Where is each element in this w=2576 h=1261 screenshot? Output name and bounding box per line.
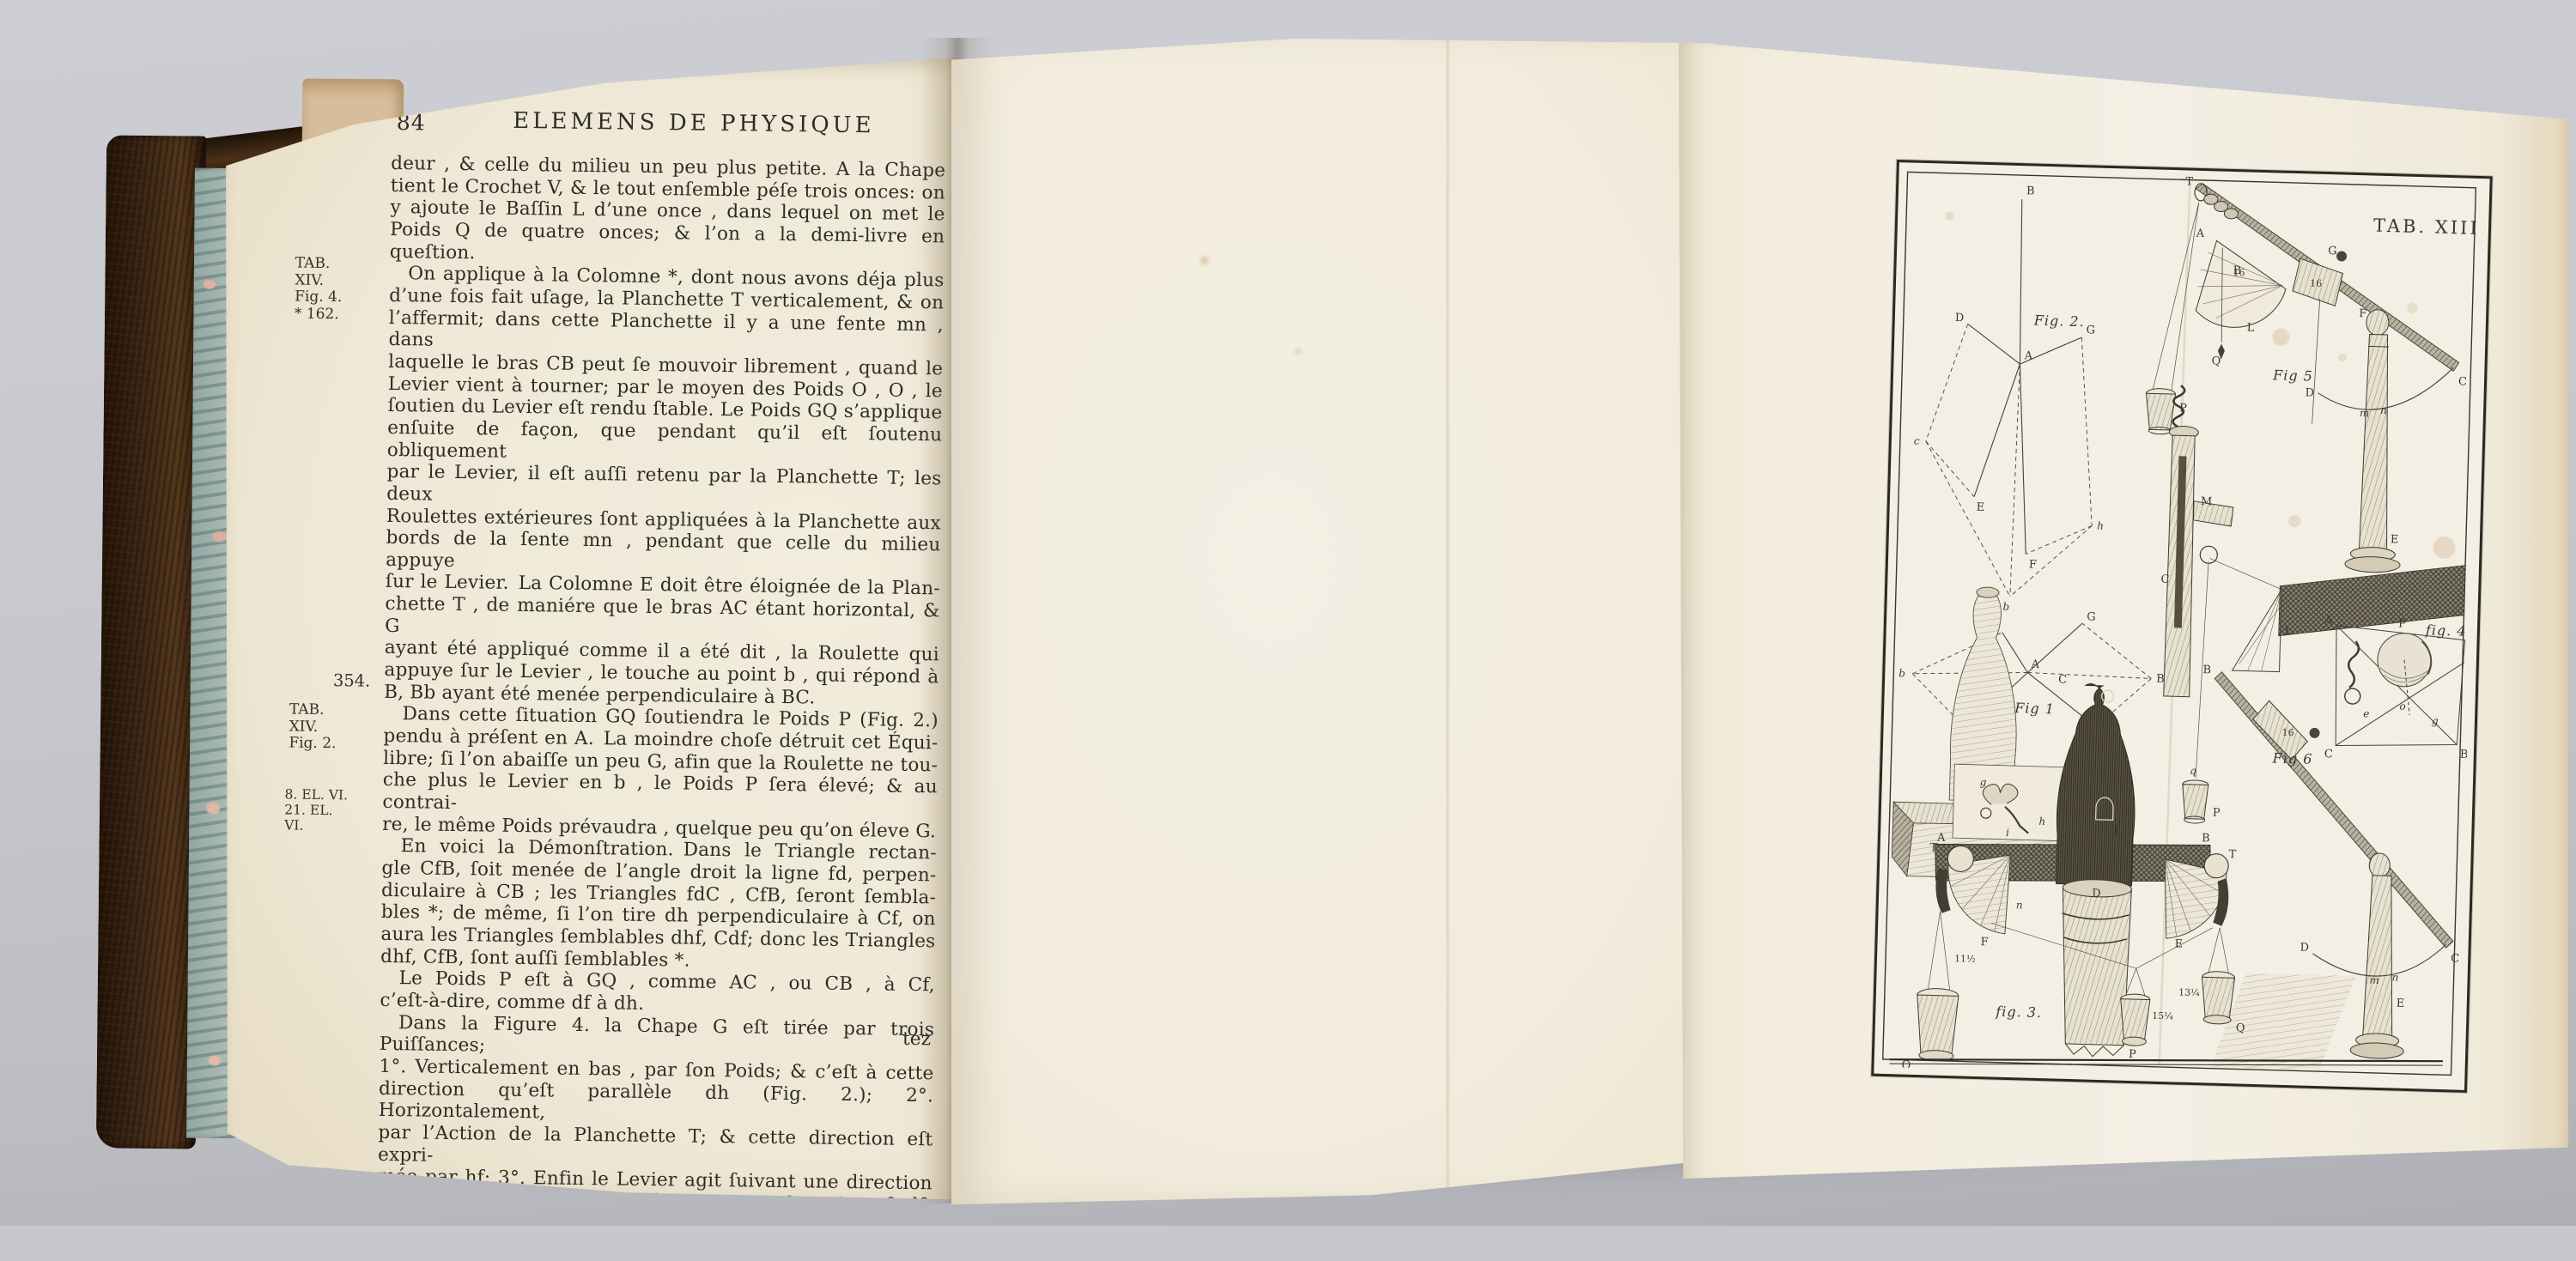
margin-note: 8. EL. VI. 21. EL. VI.	[284, 786, 380, 834]
engraved-plate: TAB. XIII	[1871, 160, 2493, 1093]
plate-foldout-sheet: TAB. XIII	[1679, 31, 2568, 1191]
fig3-point-label: P	[2213, 807, 2221, 820]
margin-note: TAB. XIV. Fig. 4. * 162.	[295, 256, 390, 324]
photo-scene: 84 ELEMENS DE PHYSIQUE TAB. XIV. Fig. 4.…	[0, 0, 2576, 1226]
fig3-point-label: B	[2202, 832, 2210, 845]
text-line: chette T , de maniére que le bras AC éta…	[385, 593, 940, 645]
fig3-point-label: g	[1980, 776, 1987, 788]
fig1-point-label: G	[2087, 610, 2096, 623]
fig3-weight-value: 15¼	[2152, 1010, 2173, 1022]
text-line: par conſequent ces Puiſſances ſont entr’…	[377, 1209, 933, 1226]
left-page: 84 ELEMENS DE PHYSIQUE TAB. XIV. Fig. 4.…	[222, 53, 958, 1202]
catchword: tez	[759, 1027, 931, 1051]
plate-tab-label: TAB. XIII	[2373, 215, 2480, 239]
fig3-point-label: T	[1929, 841, 1937, 854]
fig5-point-label: C	[2458, 375, 2467, 388]
plate-engraving: TAB. XIII	[1875, 164, 2482, 1083]
fig6-label: Fig 6	[2271, 749, 2312, 767]
fig4-point-label: C	[2324, 748, 2333, 761]
fig2-point-label: c	[1914, 435, 1920, 447]
fig3-point-label: M	[2201, 495, 2213, 508]
page-crease	[1445, 29, 1450, 1207]
fig5-point-label: T	[2185, 175, 2193, 188]
text-line: Poids Q de quatre onces; & l’on a la dem…	[390, 219, 945, 270]
fig3-point-label: i	[2006, 827, 2009, 839]
fig2-point-label: b	[2002, 601, 2009, 613]
left-page-text: 84 ELEMENS DE PHYSIQUE TAB. XIV. Fig. 4.…	[207, 51, 958, 1209]
fig4-diagram	[2333, 626, 2465, 749]
fig5-point-label: E	[2391, 533, 2399, 546]
fig4-point-label: B	[2460, 749, 2469, 761]
fig1-point-label: A	[2030, 658, 2039, 671]
fig1-point-label: B	[2156, 673, 2165, 686]
text-line: par l’Action de la Planchette T; & cette…	[378, 1122, 933, 1173]
fig4-point-label: e	[2363, 707, 2369, 719]
fig3-point-label: F	[1980, 936, 1988, 949]
fig5-weight-value: 16	[2310, 277, 2322, 288]
fig3-point-label: C	[2160, 573, 2169, 586]
fig3-point-label: n	[2016, 899, 2023, 911]
fig1-point-label: b	[1899, 667, 1905, 679]
fig2-label: Fig. 2.	[2033, 312, 2085, 330]
text-line: che plus le Levier en b , le Poids P ſer…	[382, 769, 938, 821]
fig6-point-label: D	[2300, 941, 2309, 954]
fig4-label: fig. 4	[2425, 621, 2467, 639]
fig4-point-label: A	[2324, 614, 2333, 627]
fig3-point-label: Q	[2236, 1022, 2245, 1034]
body-text: deur , & celle du milieu un peu plus pet…	[377, 153, 946, 1226]
fig2-point-label: h	[2097, 520, 2104, 532]
fig5-point-label: Q	[2211, 355, 2221, 367]
fig3-point-label: h	[2038, 815, 2045, 828]
text-line: direction qu’eſt parallèle dh (Fig. 2.);…	[379, 1077, 934, 1129]
fig6-point-label: E	[2397, 997, 2405, 1010]
fig6-point-label: n	[2391, 971, 2398, 983]
fig6-point-label: C	[2451, 952, 2459, 965]
foxing-spot	[1200, 257, 1208, 264]
fig5-point-label: G	[2328, 245, 2337, 258]
fig3-weight-value: 13¼	[2178, 987, 2200, 999]
fig2-point-label: A	[2023, 349, 2032, 362]
text-line: par le Levier, il eſt auſſi retenu par l…	[386, 461, 942, 512]
fig4-point-label: P	[2398, 618, 2406, 631]
fig6-point-label: m	[2369, 974, 2379, 986]
fig5-label: Fig 5	[2272, 367, 2313, 384]
fig2-point-label: F	[2029, 558, 2037, 571]
fig3-point-label: T	[2228, 848, 2236, 861]
fig1-diagram	[1911, 619, 2153, 735]
fig3-label: fig. 3.	[1995, 1003, 2042, 1022]
fig5-point-label: F	[2359, 307, 2366, 320]
fig6-point-label: L	[2285, 625, 2293, 638]
fig5-point-label: L	[2246, 321, 2254, 334]
fig5-point-label: m	[2360, 407, 2370, 419]
text-line: enſuite de façon, que pendant qu’il eſt …	[387, 417, 943, 469]
fig3-point-label: E	[2174, 937, 2183, 950]
fig3-point-label: C	[2058, 673, 2067, 686]
text-line: bords de la ſente mn , pendant que celle…	[386, 527, 941, 579]
text-line: l’affermit; dans cette Planchette il y a…	[388, 307, 944, 359]
open-book: 84 ELEMENS DE PHYSIQUE TAB. XIV. Fig. 4.…	[0, 0, 2576, 1226]
fig2-point-label: D	[1955, 312, 1965, 324]
margin-note: 354.	[270, 671, 370, 689]
foxing-spot	[1295, 349, 1301, 355]
fig3-point-label: O	[1901, 1059, 1911, 1072]
fig3-point-label: q	[2190, 765, 2196, 777]
fig2-diagram	[1922, 197, 2101, 598]
fig6-weight-value: 16	[2281, 727, 2293, 738]
fig5-point-label: D	[2305, 386, 2314, 399]
fig2-point-label: G	[2086, 324, 2095, 336]
fig5-protractor-value: 16	[2233, 267, 2245, 278]
fig1-label: Fig 1	[2014, 700, 2055, 717]
fig5-point-label: n	[2380, 404, 2387, 416]
fig3-point-label: P	[2129, 1048, 2136, 1061]
fig4-point-label: o	[2399, 700, 2406, 712]
fig2-point-label: E	[1977, 501, 1985, 514]
fig3-point-label: D	[2092, 888, 2101, 900]
fig3-weight-value: 11½	[1954, 953, 1976, 965]
fig4-point-label: g	[2432, 715, 2439, 727]
fig2-point-label: B	[2026, 185, 2035, 197]
fig6-point-label: B	[2202, 664, 2211, 676]
running-title: ELEMENS DE PHYSIQUE	[436, 107, 951, 140]
right-page	[951, 29, 1716, 1207]
fig3-point-label: L	[2114, 824, 2122, 837]
fig5-point-label: A	[2196, 227, 2205, 240]
margin-note: TAB. XIV. Fig. 2.	[289, 701, 384, 753]
